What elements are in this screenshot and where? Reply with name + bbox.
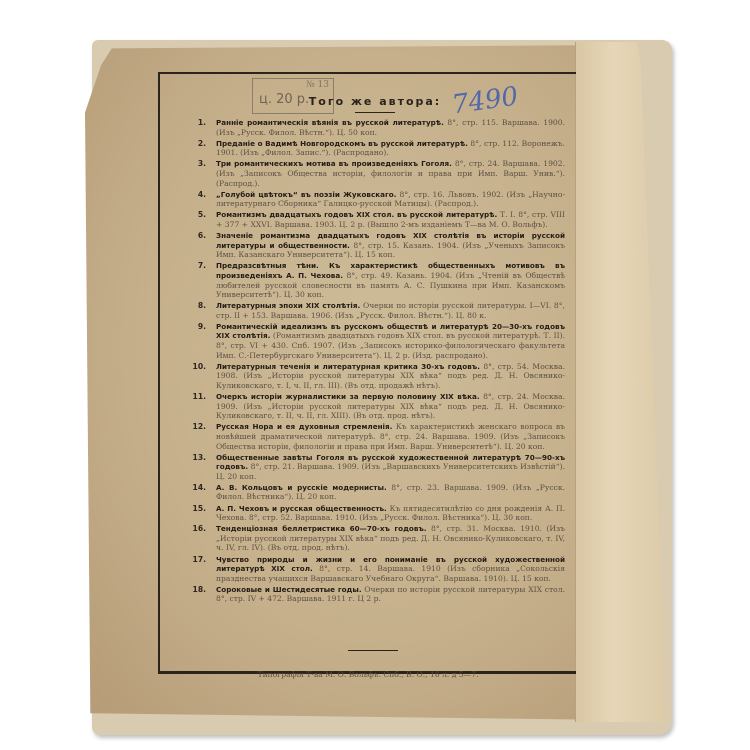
list-item: 16.Тенденціозная беллетристика 60—70-хъ … (190, 524, 565, 553)
item-body: Общественные завѣты Гоголя въ русской ху… (216, 453, 565, 482)
list-item: 2.Преданіе о Вадимѣ Новгородскомъ въ рус… (190, 139, 565, 158)
list-item: 3.Три романтическихъ мотива въ произведе… (190, 159, 565, 188)
list-item: 4.„Голубой цвѣтокъ“ въ поэзіи Жуковскаго… (190, 190, 565, 209)
item-title: Тенденціозная беллетристика 60—70-хъ год… (216, 524, 427, 533)
item-number: 6. (190, 231, 216, 260)
item-number: 7. (190, 261, 216, 299)
item-number: 3. (190, 159, 216, 188)
item-title: Литературныя эпохи XIX столѣтія. (216, 301, 360, 310)
item-body: А. В. Кольцовъ и русскіе модернисты. 8°,… (216, 483, 565, 502)
item-title: Ранніе романтическія вѣянія въ русской л… (216, 118, 444, 127)
item-body: „Голубой цвѣтокъ“ въ поэзіи Жуковскаго. … (216, 190, 565, 209)
item-title: Русская Нора и ея духовныя стремленія. (216, 422, 392, 431)
item-body: Сороковые и Шестидесятые годы. Очерки по… (216, 585, 565, 604)
item-body: Литературныя эпохи XIX столѣтія. Очерки … (216, 301, 565, 320)
works-list: 1.Ранніе романтическія вѣянія въ русской… (190, 118, 565, 606)
item-title: А. В. Кольцовъ и русскіе модернисты. (216, 483, 387, 492)
item-body: Три романтическихъ мотива въ произведені… (216, 159, 565, 188)
list-item: 8.Литературныя эпохи XIX столѣтія. Очерк… (190, 301, 565, 320)
list-item: 9.Романтическій идеализмъ въ русскомъ об… (190, 322, 565, 360)
item-body: Очеркъ исторіи журналистики за первую по… (216, 392, 565, 421)
list-item: 18.Сороковые и Шестидесятые годы. Очерки… (190, 585, 565, 604)
item-body: Тенденціозная беллетристика 60—70-хъ год… (216, 524, 565, 553)
list-item: 6.Значеніе романтизма двадцатыхъ годовъ … (190, 231, 565, 260)
item-number: 12. (190, 422, 216, 451)
item-body: А. П. Чеховъ и русская общественность. К… (216, 504, 565, 523)
item-number: 4. (190, 190, 216, 209)
book-back-cover-photo: № 13 ц. 20 р. 7490 Того же автора: 1.Ран… (0, 0, 750, 750)
heading-rule (355, 112, 395, 113)
item-title: Сороковые и Шестидесятые годы. (216, 585, 362, 594)
item-number: 13. (190, 453, 216, 482)
item-number: 5. (190, 210, 216, 229)
item-number: 17. (190, 555, 216, 584)
list-item: 7.Предразсвѣтныя тѣни. Къ характеристикѣ… (190, 261, 565, 299)
list-item: 15.А. П. Чеховъ и русская общественность… (190, 504, 565, 523)
item-number: 1. (190, 118, 216, 137)
item-number: 14. (190, 483, 216, 502)
item-title: Очеркъ исторіи журналистики за первую по… (216, 392, 480, 401)
item-number: 18. (190, 585, 216, 604)
list-item: 14.А. В. Кольцовъ и русскіе модернисты. … (190, 483, 565, 502)
item-number: 10. (190, 362, 216, 391)
item-description: 8°, стр. 21. Варшава. 1909. (Изъ „Варшав… (216, 462, 565, 481)
item-title: Романтизмъ двадцатыхъ годовъ XIX стол. в… (216, 210, 497, 219)
list-item: 13.Общественные завѣты Гоголя въ русской… (190, 453, 565, 482)
list-item: 17.Чувство природы и жизни и его пониман… (190, 555, 565, 584)
item-number: 15. (190, 504, 216, 523)
item-number: 8. (190, 301, 216, 320)
item-title: Литературныя теченія и литературная крит… (216, 362, 480, 371)
list-item: 12.Русская Нора и ея духовныя стремленія… (190, 422, 565, 451)
item-title: А. П. Чеховъ и русская общественность. (216, 504, 387, 513)
item-body: Предразсвѣтныя тѣни. Къ характеристикѣ о… (216, 261, 565, 299)
list-heading: Того же автора: (290, 95, 460, 108)
printer-imprint: Типографія Т-ва М. О. Вольфъ. Спб., В. О… (158, 670, 578, 679)
list-item: 5.Романтизмъ двадцатыхъ годовъ XIX стол.… (190, 210, 565, 229)
end-rule (348, 650, 398, 651)
item-body: Чувство природы и жизни и его пониманіе … (216, 555, 565, 584)
item-title: Преданіе о Вадимѣ Новгородскомъ въ русск… (216, 139, 468, 148)
item-body: Значеніе романтизма двадцатыхъ годовъ XI… (216, 231, 565, 260)
item-title: Три романтическихъ мотива въ произведені… (216, 159, 452, 168)
item-body: Преданіе о Вадимѣ Новгородскомъ въ русск… (216, 139, 565, 158)
item-body: Литературныя теченія и литературная крит… (216, 362, 565, 391)
item-number: 16. (190, 524, 216, 553)
list-item: 10.Литературныя теченія и литературная к… (190, 362, 565, 391)
item-body: Романтизмъ двадцатыхъ годовъ XIX стол. в… (216, 210, 565, 229)
list-item: 1.Ранніе романтическія вѣянія въ русской… (190, 118, 565, 137)
item-body: Русская Нора и ея духовныя стремленія. К… (216, 422, 565, 451)
item-body: Романтическій идеализмъ въ русскомъ обще… (216, 322, 565, 360)
item-number: 9. (190, 322, 216, 360)
item-number: 2. (190, 139, 216, 158)
item-body: Ранніе романтическія вѣянія въ русской л… (216, 118, 565, 137)
list-item: 11.Очеркъ исторіи журналистики за первую… (190, 392, 565, 421)
stamp-number: № 13 (306, 80, 329, 90)
item-number: 11. (190, 392, 216, 421)
item-title: „Голубой цвѣтокъ“ въ поэзіи Жуковскаго. (216, 190, 396, 199)
